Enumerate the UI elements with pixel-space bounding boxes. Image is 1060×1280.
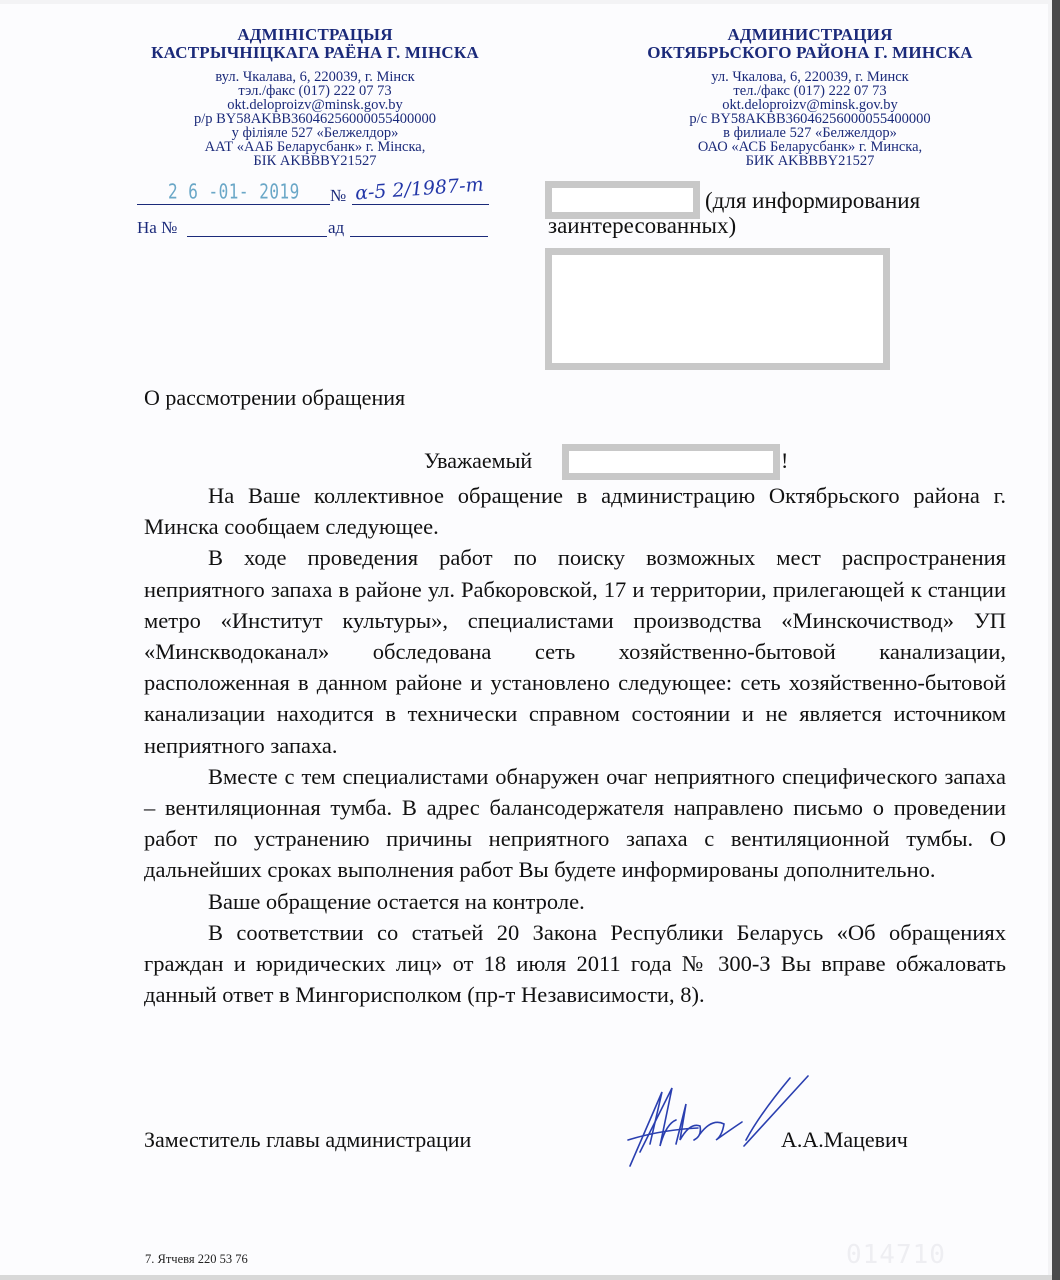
viewer-bottom-border (0, 1275, 1052, 1280)
body-paragraph: В ходе проведения работ по поиску возмож… (144, 542, 1006, 760)
letterhead-belarusian: АДМІНІСТРАЦЫЯ КАСТРЫЧНІЦКАГА РАЁНА Г. МІ… (135, 26, 495, 168)
document-page: АДМІНІСТРАЦЫЯ КАСТРЫЧНІЦКАГА РАЁНА Г. МІ… (0, 4, 1048, 1276)
org-bank: ААТ «ААБ Беларусбанк» г. Мінска, (135, 140, 495, 154)
org-account: р/с BY58AKBB36046256000055400000 (630, 112, 990, 126)
reply-number-underline (187, 236, 327, 237)
org-contact-block: вул. Чкалава, 6, 220039, г. Мінск тэл./ф… (135, 70, 495, 168)
body-paragraph: На Ваше коллективное обращение в админис… (144, 480, 1006, 542)
redacted-recipient-address (545, 248, 890, 370)
reply-to-number-label: На № (137, 218, 177, 238)
handwritten-signature-icon (620, 1074, 820, 1174)
org-phone: тэл./факс (017) 222 07 73 (135, 84, 495, 98)
org-branch: в филиале 527 «Белжелдор» (630, 126, 990, 140)
letter-subject: О рассмотрении обращения (144, 385, 405, 411)
handwritten-outgoing-number: α-5 2/1987-m (354, 174, 484, 205)
org-branch: у філіяле 527 «Белжелдор» (135, 126, 495, 140)
body-paragraph: Ваше обращение остается на контроле. (144, 886, 1006, 917)
reply-from-label: ад (328, 218, 344, 238)
signatory-name: А.А.Мацевич (781, 1127, 908, 1153)
executor-note: 7. Ятчевя 220 53 76 (145, 1252, 248, 1267)
faint-serial-number: 014710 (846, 1240, 946, 1270)
number-underline (352, 204, 489, 205)
reply-from-underline (350, 236, 488, 237)
outgoing-number-label: № (330, 186, 346, 206)
org-email: okt.deloproizv@minsk.gov.by (630, 98, 990, 112)
org-title-line2: КАСТРЫЧНІЦКАГА РАЁНА Г. МІНСКА (135, 44, 495, 62)
letterhead-russian: АДМИНИСТРАЦИЯ ОКТЯБРЬСКОГО РАЙОНА Г. МИН… (630, 26, 990, 168)
org-bic: БІК AKBBBY21527 (135, 154, 495, 168)
org-title-line1: АДМИНИСТРАЦИЯ (630, 26, 990, 44)
date-underline (137, 204, 330, 205)
salutation-suffix: ! (781, 448, 788, 474)
recipient-note-line2: заинтересованных) (548, 213, 736, 239)
org-email: okt.deloproizv@minsk.gov.by (135, 98, 495, 112)
registration-date-stamp: 2 6 -01- 2019 (168, 180, 300, 204)
org-title-line2: ОКТЯБРЬСКОГО РАЙОНА Г. МИНСКА (630, 44, 990, 62)
org-contact-block: ул. Чкалова, 6, 220039, г. Минск тел./фа… (630, 70, 990, 168)
org-address: вул. Чкалава, 6, 220039, г. Мінск (135, 70, 495, 84)
body-paragraph: Вместе с тем специалистами обнаружен оча… (144, 761, 1006, 886)
org-bank: ОАО «АСБ Беларусбанк» г. Минска, (630, 140, 990, 154)
org-title-line1: АДМІНІСТРАЦЫЯ (135, 26, 495, 44)
body-paragraph: В соответствии со статьей 20 Закона Респ… (144, 917, 1006, 1011)
org-address: ул. Чкалова, 6, 220039, г. Минск (630, 70, 990, 84)
redacted-addressee-name (562, 444, 780, 480)
recipient-note-line1: (для информирования (705, 188, 920, 214)
signatory-position: Заместитель главы администрации (144, 1127, 471, 1153)
viewer-right-border (1052, 0, 1060, 1280)
salutation-prefix: Уважаемый (424, 448, 532, 474)
letter-body: На Ваше коллективное обращение в админис… (144, 480, 1006, 1010)
org-account: р/р BY58AKBB36046256000055400000 (135, 112, 495, 126)
org-phone: тел./факс (017) 222 07 73 (630, 84, 990, 98)
org-bic: БИК AKBBBY21527 (630, 154, 990, 168)
